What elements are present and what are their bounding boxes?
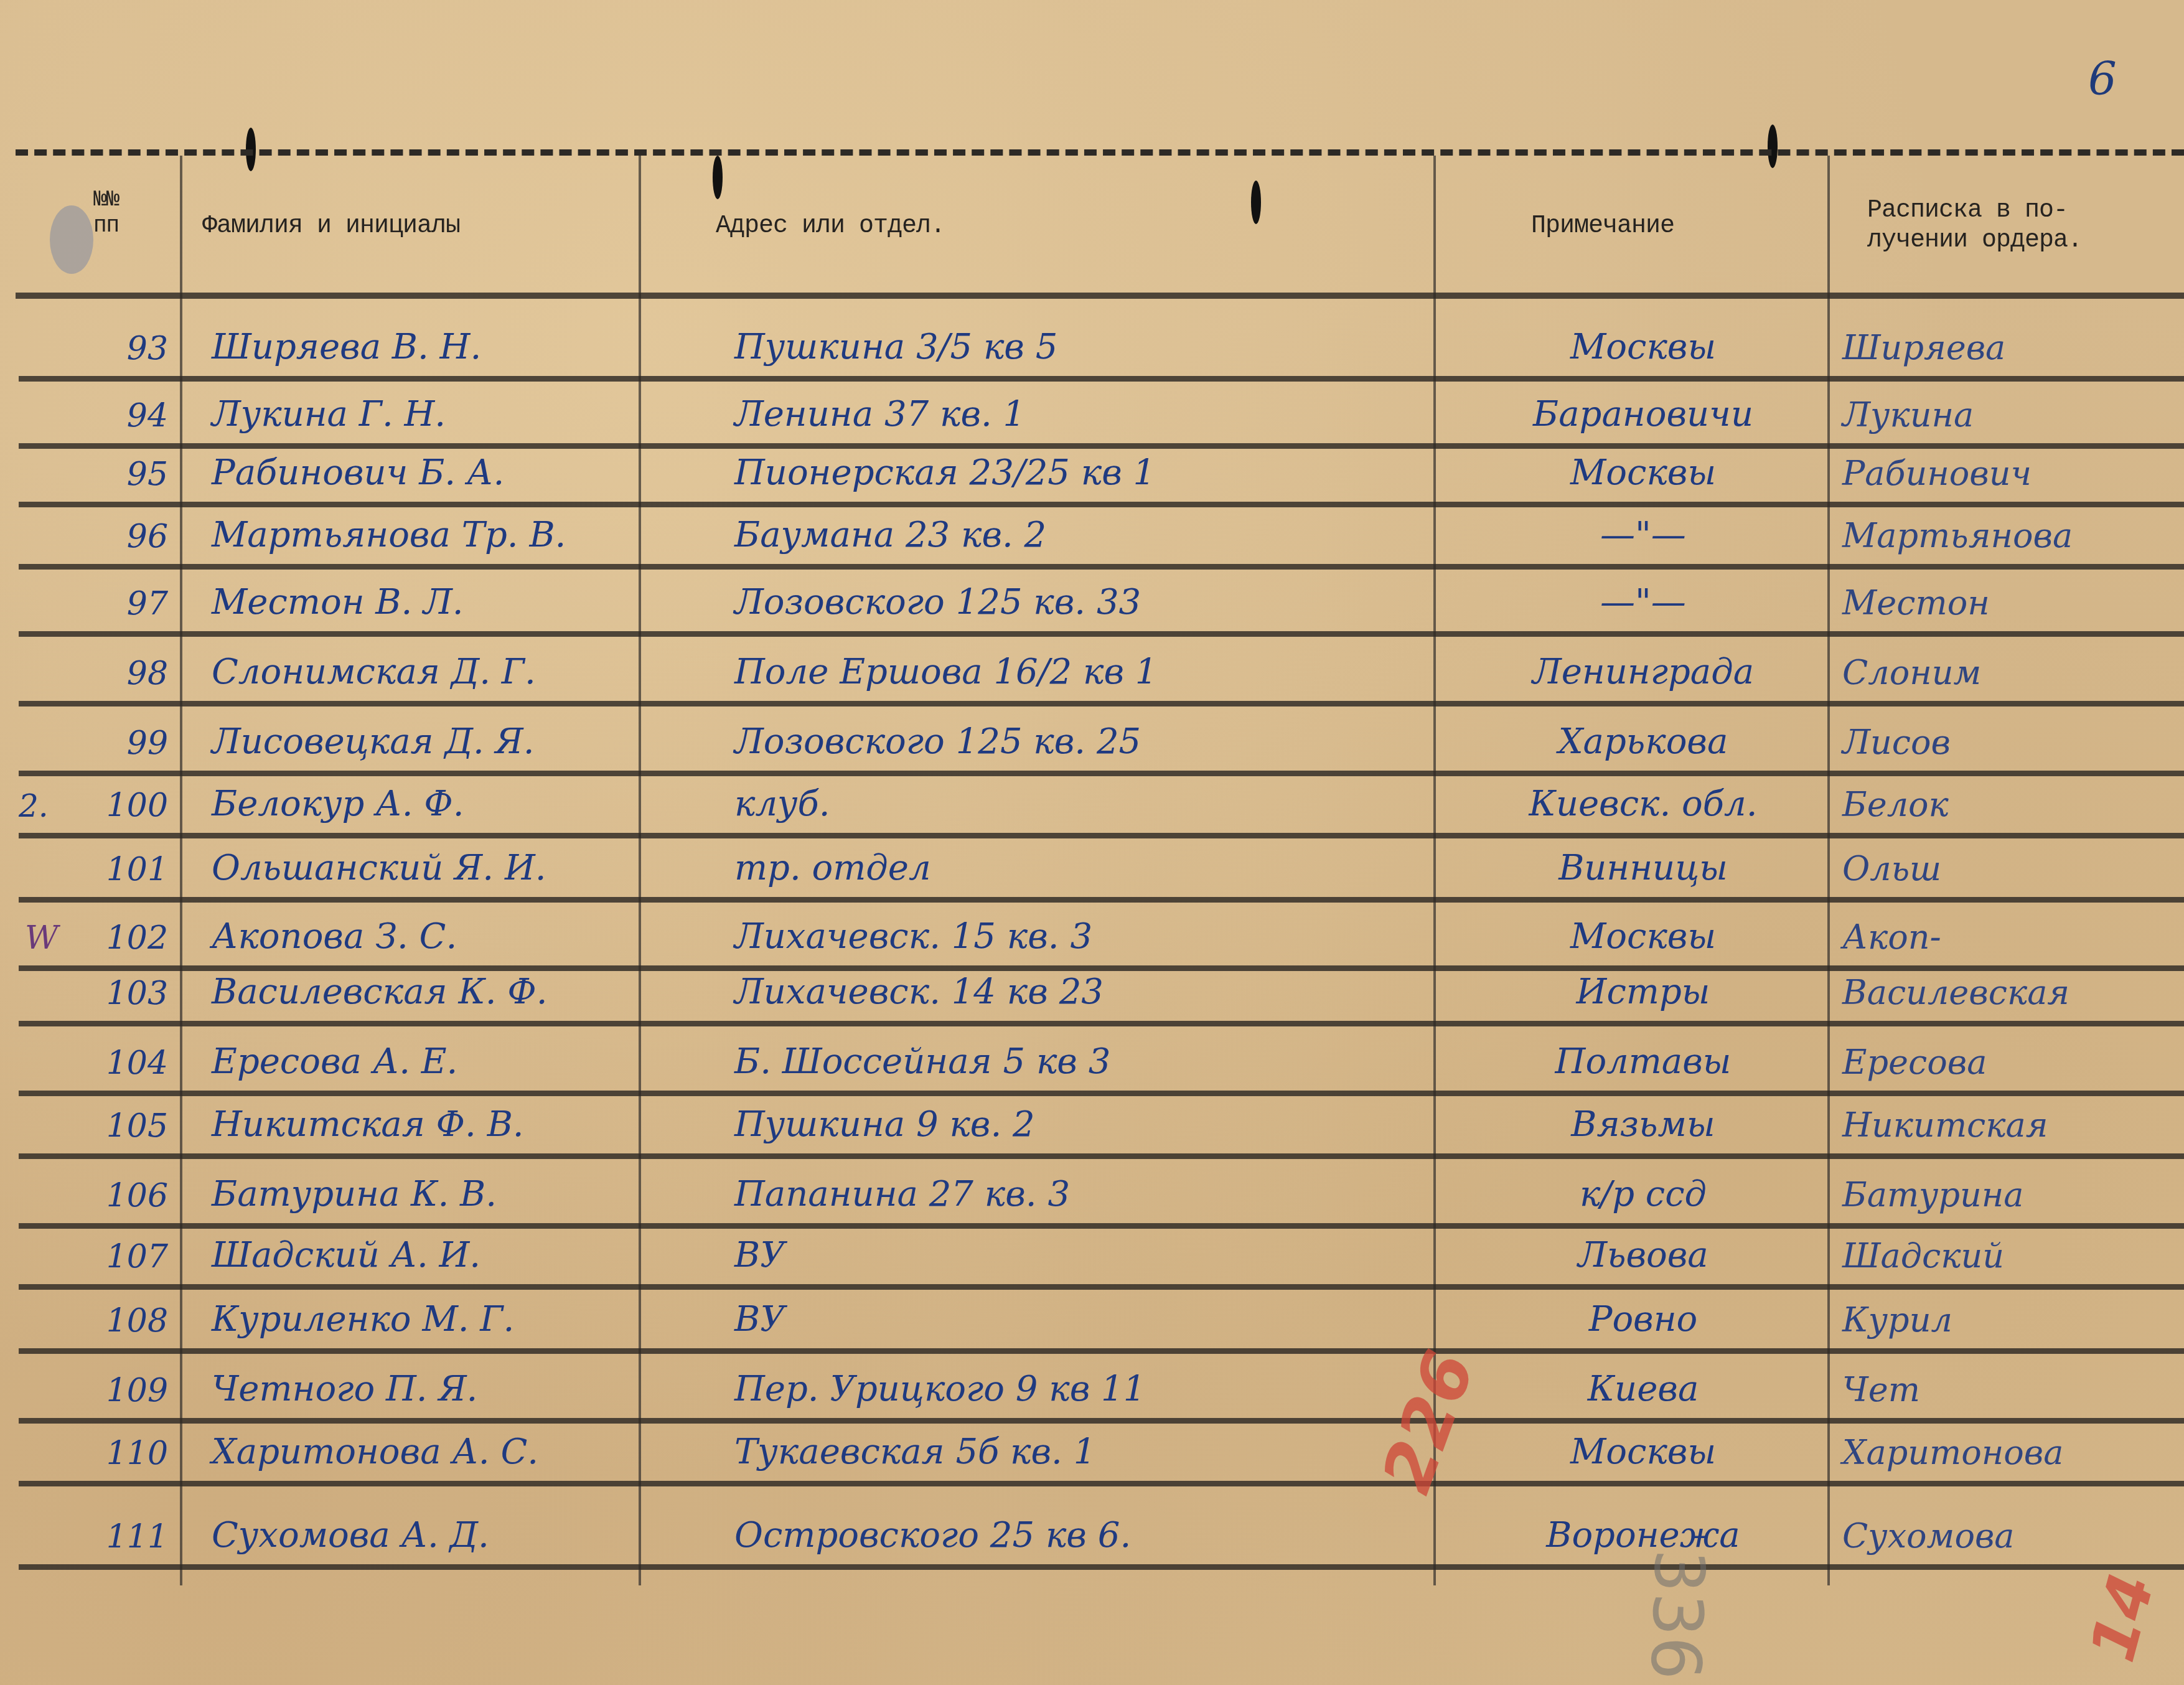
row-address: Пер. Урицкого 9 кв 11 — [734, 1369, 1145, 1409]
row-number: 101 — [93, 851, 168, 888]
row-number: 108 — [93, 1302, 168, 1340]
row-address: Пушкина 3/5 кв 5 — [734, 327, 1057, 367]
row-signature: Курил — [1842, 1300, 1952, 1340]
table-row: 106Батурина К. В.Папанина 27 кв. 3к/р сс… — [0, 1153, 2184, 1223]
row-signature: Мартьянова — [1842, 516, 2073, 555]
row-name: Ересова А. Е. — [212, 1041, 457, 1082]
header-receipt-line1: Расписка в по- — [1867, 196, 2082, 226]
row-signature: Сухомова — [1842, 1516, 2015, 1556]
row-name: Четного П. Я. — [212, 1369, 477, 1409]
row-address: Лозовского 125 кв. 25 — [734, 721, 1141, 762]
row-address: Пионерская 23/25 кв 1 — [734, 453, 1155, 493]
row-signature: Рабинович — [1842, 454, 2032, 493]
row-note: —"— — [1469, 582, 1817, 622]
header-name: Фамилия и инициалы — [202, 212, 460, 242]
row-note: Львова — [1469, 1235, 1817, 1275]
row-signature: Василевская — [1842, 973, 2069, 1012]
row-note: Барановичи — [1469, 394, 1817, 434]
row-name: Никитская Ф. В. — [212, 1104, 524, 1145]
row-number: 97 — [93, 585, 168, 622]
row-address: тр. отдел — [734, 848, 931, 888]
row-address: Ленина 37 кв. 1 — [734, 394, 1025, 434]
row-signature: Никитская — [1842, 1105, 2048, 1145]
row-number: 102 — [93, 919, 168, 957]
table-row: 99Лисовецкая Д. Я.Лозовского 125 кв. 25Х… — [0, 701, 2184, 771]
row-address: Лозовского 125 кв. 33 — [734, 582, 1141, 622]
row-signature: Лисов — [1842, 723, 1951, 762]
header-receipt-line2: лучении ордера. — [1867, 226, 2082, 256]
row-address: Тукаевская 5б кв. 1 — [734, 1432, 1095, 1472]
row-address: Лихачевск. 14 кв 23 — [734, 972, 1104, 1012]
table-row: 103Василевская К. Ф.Лихачевск. 14 кв 23И… — [0, 965, 2184, 1021]
row-number: 95 — [93, 456, 168, 493]
row-note: Вязьмы — [1469, 1104, 1817, 1145]
table-row: 97Местон В. Л.Лозовского 125 кв. 33—"—Ме… — [0, 564, 2184, 631]
table-row: 98Слонимская Д. Г.Поле Ершова 16/2 кв 1Л… — [0, 631, 2184, 701]
ink-smudge — [50, 205, 93, 274]
row-address: Поле Ершова 16/2 кв 1 — [734, 652, 1157, 692]
table-row: 101Ольшанский Я. И.тр. отделВинницыОльш — [0, 833, 2184, 897]
row-number: 111 — [93, 1518, 168, 1556]
row-name: Лукина Г. Н. — [212, 394, 446, 434]
table-row: 2.100Белокур А. Ф.клуб.Киевск. обл.Белок — [0, 771, 2184, 833]
row-number: 98 — [93, 655, 168, 692]
row-signature: Чет — [1842, 1370, 1920, 1409]
row-number: 100 — [93, 787, 168, 824]
row-note: Москвы — [1469, 1432, 1817, 1472]
table-row: 96Мартьянова Тр. В.Баумана 23 кв. 2—"—Ма… — [0, 502, 2184, 564]
table-row: 104Ересова А. Е.Б. Шоссейная 5 кв 3Полта… — [0, 1021, 2184, 1091]
header-address: Адрес или отдел. — [716, 212, 945, 242]
row-address: клуб. — [734, 784, 830, 824]
row-number: 99 — [93, 725, 168, 762]
row-number: 93 — [93, 330, 168, 367]
table-row: 93Ширяева В. Н.Пушкина 3/5 кв 5МосквыШир… — [0, 309, 2184, 376]
punch-hole — [713, 156, 723, 199]
row-mark: W — [25, 919, 58, 957]
row-note: Москвы — [1469, 916, 1817, 957]
row-name: Василевская К. Ф. — [212, 972, 548, 1012]
header-receipt: Расписка в по- лучении ордера. — [1867, 196, 2082, 256]
row-note: Киевск. обл. — [1469, 784, 1817, 824]
row-number: 107 — [93, 1238, 168, 1275]
row-signature: Ересова — [1842, 1043, 1987, 1082]
row-signature: Шадский — [1842, 1236, 2004, 1275]
register-page: 6 №№ пп Фамилия и инициалы Адрес или отд… — [0, 0, 2184, 1685]
row-name: Мартьянова Тр. В. — [212, 515, 566, 555]
row-name: Ширяева В. Н. — [212, 327, 481, 367]
red-pencil-corner-mark: 14 — [2076, 1566, 2168, 1669]
row-signature: Слоним — [1842, 653, 1981, 692]
page-number: 6 — [2088, 53, 2117, 105]
row-address: Лихачевск. 15 кв. 3 — [734, 916, 1092, 957]
table-row: 94Лукина Г. Н.Ленина 37 кв. 1БарановичиЛ… — [0, 376, 2184, 443]
row-number: 110 — [93, 1435, 168, 1472]
row-note: Полтавы — [1469, 1041, 1817, 1082]
row-number: 104 — [93, 1044, 168, 1082]
row-address: Б. Шоссейная 5 кв 3 — [734, 1041, 1110, 1082]
row-note: Истры — [1469, 972, 1817, 1012]
header-number-line2: пп — [93, 213, 119, 239]
row-note: Ровно — [1469, 1299, 1817, 1340]
row-name: Акопова З. С. — [212, 916, 457, 957]
row-number: 96 — [93, 518, 168, 555]
row-address: Пушкина 9 кв. 2 — [734, 1104, 1035, 1145]
row-name: Куриленко М. Г. — [212, 1299, 514, 1340]
row-signature: Местон — [1842, 583, 1990, 622]
row-signature: Батурина — [1842, 1175, 2024, 1214]
row-name: Слонимская Д. Г. — [212, 652, 536, 692]
table-row: 107Шадский А. И.ВУЛьвоваШадский — [0, 1223, 2184, 1284]
row-prefix: 2. — [19, 788, 49, 824]
pencil-archive-number: 336 — [1635, 1548, 1719, 1681]
row-name: Шадский А. И. — [212, 1235, 480, 1275]
row-signature: Лукина — [1842, 395, 1974, 434]
row-name: Местон В. Л. — [212, 582, 464, 622]
row-signature: Ширяева — [1842, 328, 2005, 367]
row-name: Рабинович Б. А. — [212, 453, 504, 493]
row-number: 94 — [93, 397, 168, 434]
row-address: ВУ — [734, 1235, 785, 1275]
row-address: ВУ — [734, 1299, 785, 1340]
row-name: Харитонова А. С. — [212, 1432, 538, 1472]
table-row: W102Акопова З. С.Лихачевск. 15 кв. 3Моск… — [0, 897, 2184, 965]
row-signature: Ольш — [1842, 849, 1941, 888]
table-row: 110Харитонова А. С.Тукаевская 5б кв. 1Мо… — [0, 1418, 2184, 1481]
table-row: 108Куриленко М. Г.ВУРовноКурил — [0, 1284, 2184, 1348]
table-row: 111Сухомова А. Д.Островского 25 кв 6.Вор… — [0, 1481, 2184, 1564]
row-note: Харькова — [1469, 721, 1817, 762]
table-row: 95Рабинович Б. А.Пионерская 23/25 кв 1Мо… — [0, 443, 2184, 502]
tear-line — [16, 149, 2184, 156]
row-name: Сухомова А. Д. — [212, 1515, 489, 1556]
row-name: Батурина К. В. — [212, 1174, 497, 1214]
row-name: Лисовецкая Д. Я. — [212, 721, 535, 762]
row-address: Папанина 27 кв. 3 — [734, 1174, 1070, 1214]
row-signature: Акоп- — [1842, 918, 1941, 957]
header-number: №№ пп — [93, 187, 119, 239]
row-name: Ольшанский Я. И. — [212, 848, 546, 888]
row-note: Москвы — [1469, 327, 1817, 367]
row-number: 109 — [93, 1372, 168, 1409]
row-note: Киева — [1469, 1369, 1817, 1409]
table-row: 109Четного П. Я.Пер. Урицкого 9 кв 11Кие… — [0, 1348, 2184, 1418]
header-note: Примечание — [1531, 212, 1674, 242]
row-name: Белокур А. Ф. — [212, 784, 464, 824]
row-note: к/р ссд — [1469, 1174, 1817, 1214]
row-number: 106 — [93, 1177, 168, 1214]
row-signature: Харитонова — [1842, 1433, 2063, 1472]
row-note: Ленинграда — [1469, 652, 1817, 692]
row-note: —"— — [1469, 515, 1817, 555]
punch-hole — [1768, 124, 1778, 168]
row-address: Баумана 23 кв. 2 — [734, 515, 1046, 555]
row-rule — [19, 1564, 2184, 1570]
row-note: Москвы — [1469, 453, 1817, 493]
punch-hole — [1251, 181, 1261, 224]
row-number: 103 — [93, 975, 168, 1012]
row-address: Островского 25 кв 6. — [734, 1515, 1131, 1556]
row-signature: Белок — [1842, 785, 1949, 824]
header-rule — [16, 293, 2184, 299]
row-note: Винницы — [1469, 848, 1817, 888]
header-number-line1: №№ — [93, 187, 119, 213]
table-row: 105Никитская Ф. В.Пушкина 9 кв. 2ВязьмыН… — [0, 1091, 2184, 1153]
row-number: 105 — [93, 1107, 168, 1145]
